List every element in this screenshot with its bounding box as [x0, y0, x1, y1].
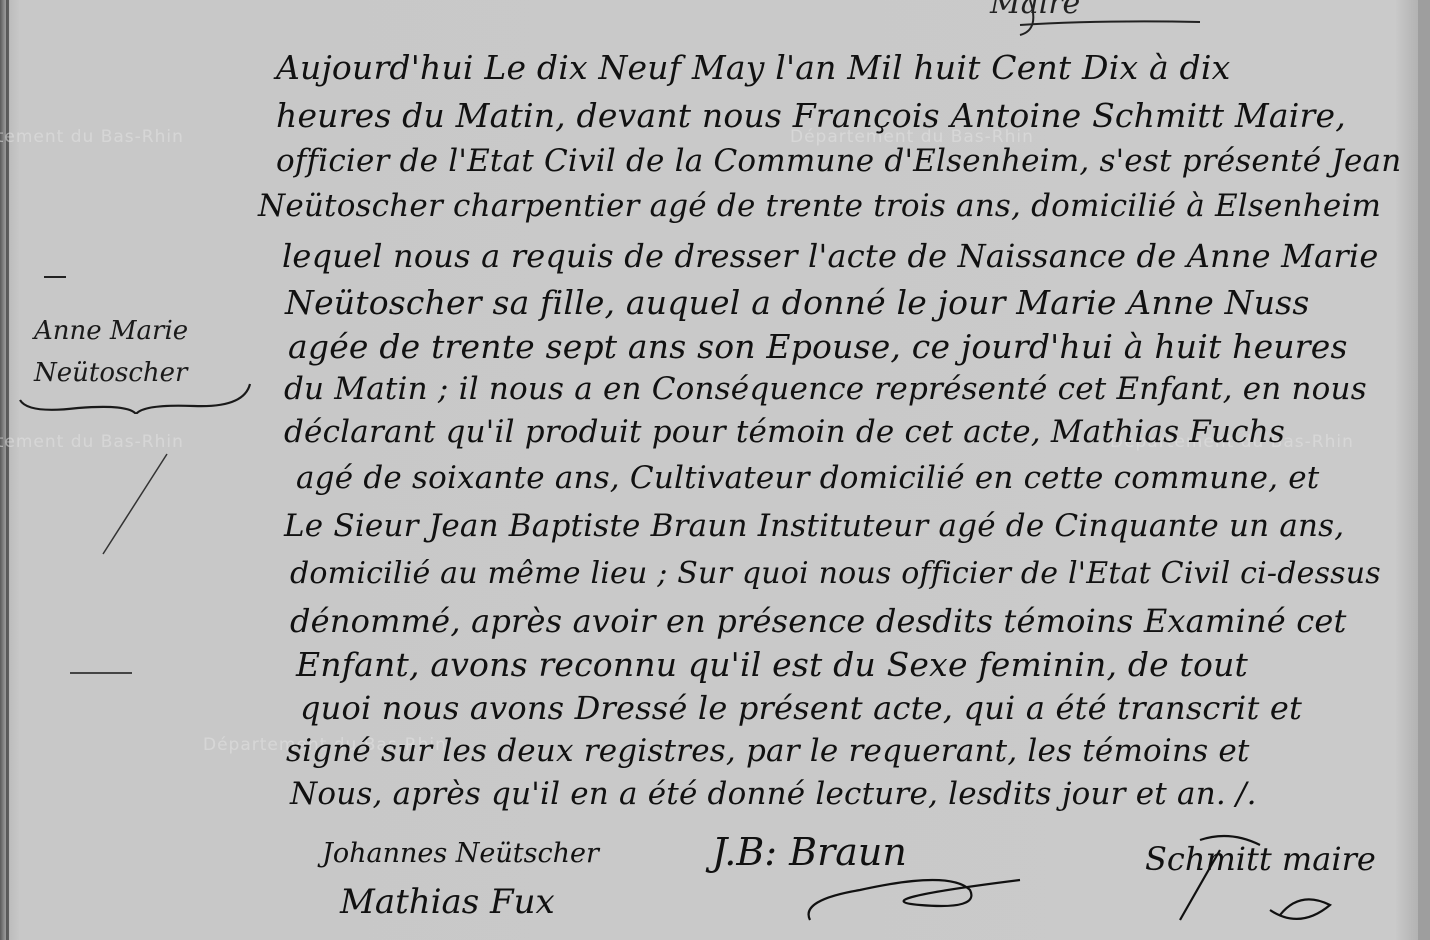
record-line: Nous, après qu'il en a été donné lecture… — [290, 776, 1257, 812]
signature-witness-fuchs: Mathias Fux — [340, 882, 555, 922]
record-line: Neütoscher sa fille, auquel a donné le j… — [285, 283, 1309, 322]
margin-diagonal-stroke — [95, 450, 175, 560]
record-line: signé sur les deux registres, par le req… — [286, 733, 1250, 769]
record-line: agé de soixante ans, Cultivateur domicil… — [296, 460, 1319, 496]
braun-flourish — [800, 860, 1030, 930]
flourish-stroke — [1000, 0, 1220, 40]
page-right-edge — [1418, 0, 1430, 940]
record-line: déclarant qu'il produit pour témoin de c… — [284, 414, 1285, 450]
record-line: officier de l'Etat Civil de la Commune d… — [276, 143, 1401, 179]
record-line: domicilié au même lieu ; Sur quoi nous o… — [290, 556, 1381, 591]
record-line: Enfant, avons reconnu qu'il est du Sexe … — [296, 645, 1248, 684]
record-line: quoi nous avons Dressé le présent acte, … — [300, 689, 1302, 727]
record-line: Le Sieur Jean Baptiste Braun Instituteur… — [284, 508, 1344, 544]
record-line: heures du Matin, devant nous François An… — [276, 96, 1346, 135]
record-line: agée de trente sept ans son Epouse, ce j… — [288, 327, 1348, 366]
record-line: Neütoscher charpentier agé de trente tro… — [258, 188, 1381, 224]
record-line: lequel nous a requis de dresser l'acte d… — [282, 237, 1378, 275]
margin-dash — [70, 672, 132, 674]
signature-father: Johannes Neütscher — [322, 838, 599, 869]
margin-brace — [18, 378, 252, 414]
record-line: Aujourd'hui Le dix Neuf May l'an Mil hui… — [276, 48, 1230, 87]
record-line: du Matin ; il nous a en Conséquence repr… — [284, 371, 1367, 407]
scanned-register-page: Département du Bas-Rhin Département du B… — [0, 0, 1430, 940]
margin-name-line1: Anne Marie — [34, 316, 188, 346]
watermark: Département du Bas-Rhin — [0, 432, 184, 452]
watermark: Département du Bas-Rhin — [0, 127, 184, 147]
mayor-flourish — [1140, 820, 1340, 930]
record-line: dénommé, après avoir en présence desdits… — [290, 602, 1347, 640]
margin-dash — [44, 276, 66, 278]
